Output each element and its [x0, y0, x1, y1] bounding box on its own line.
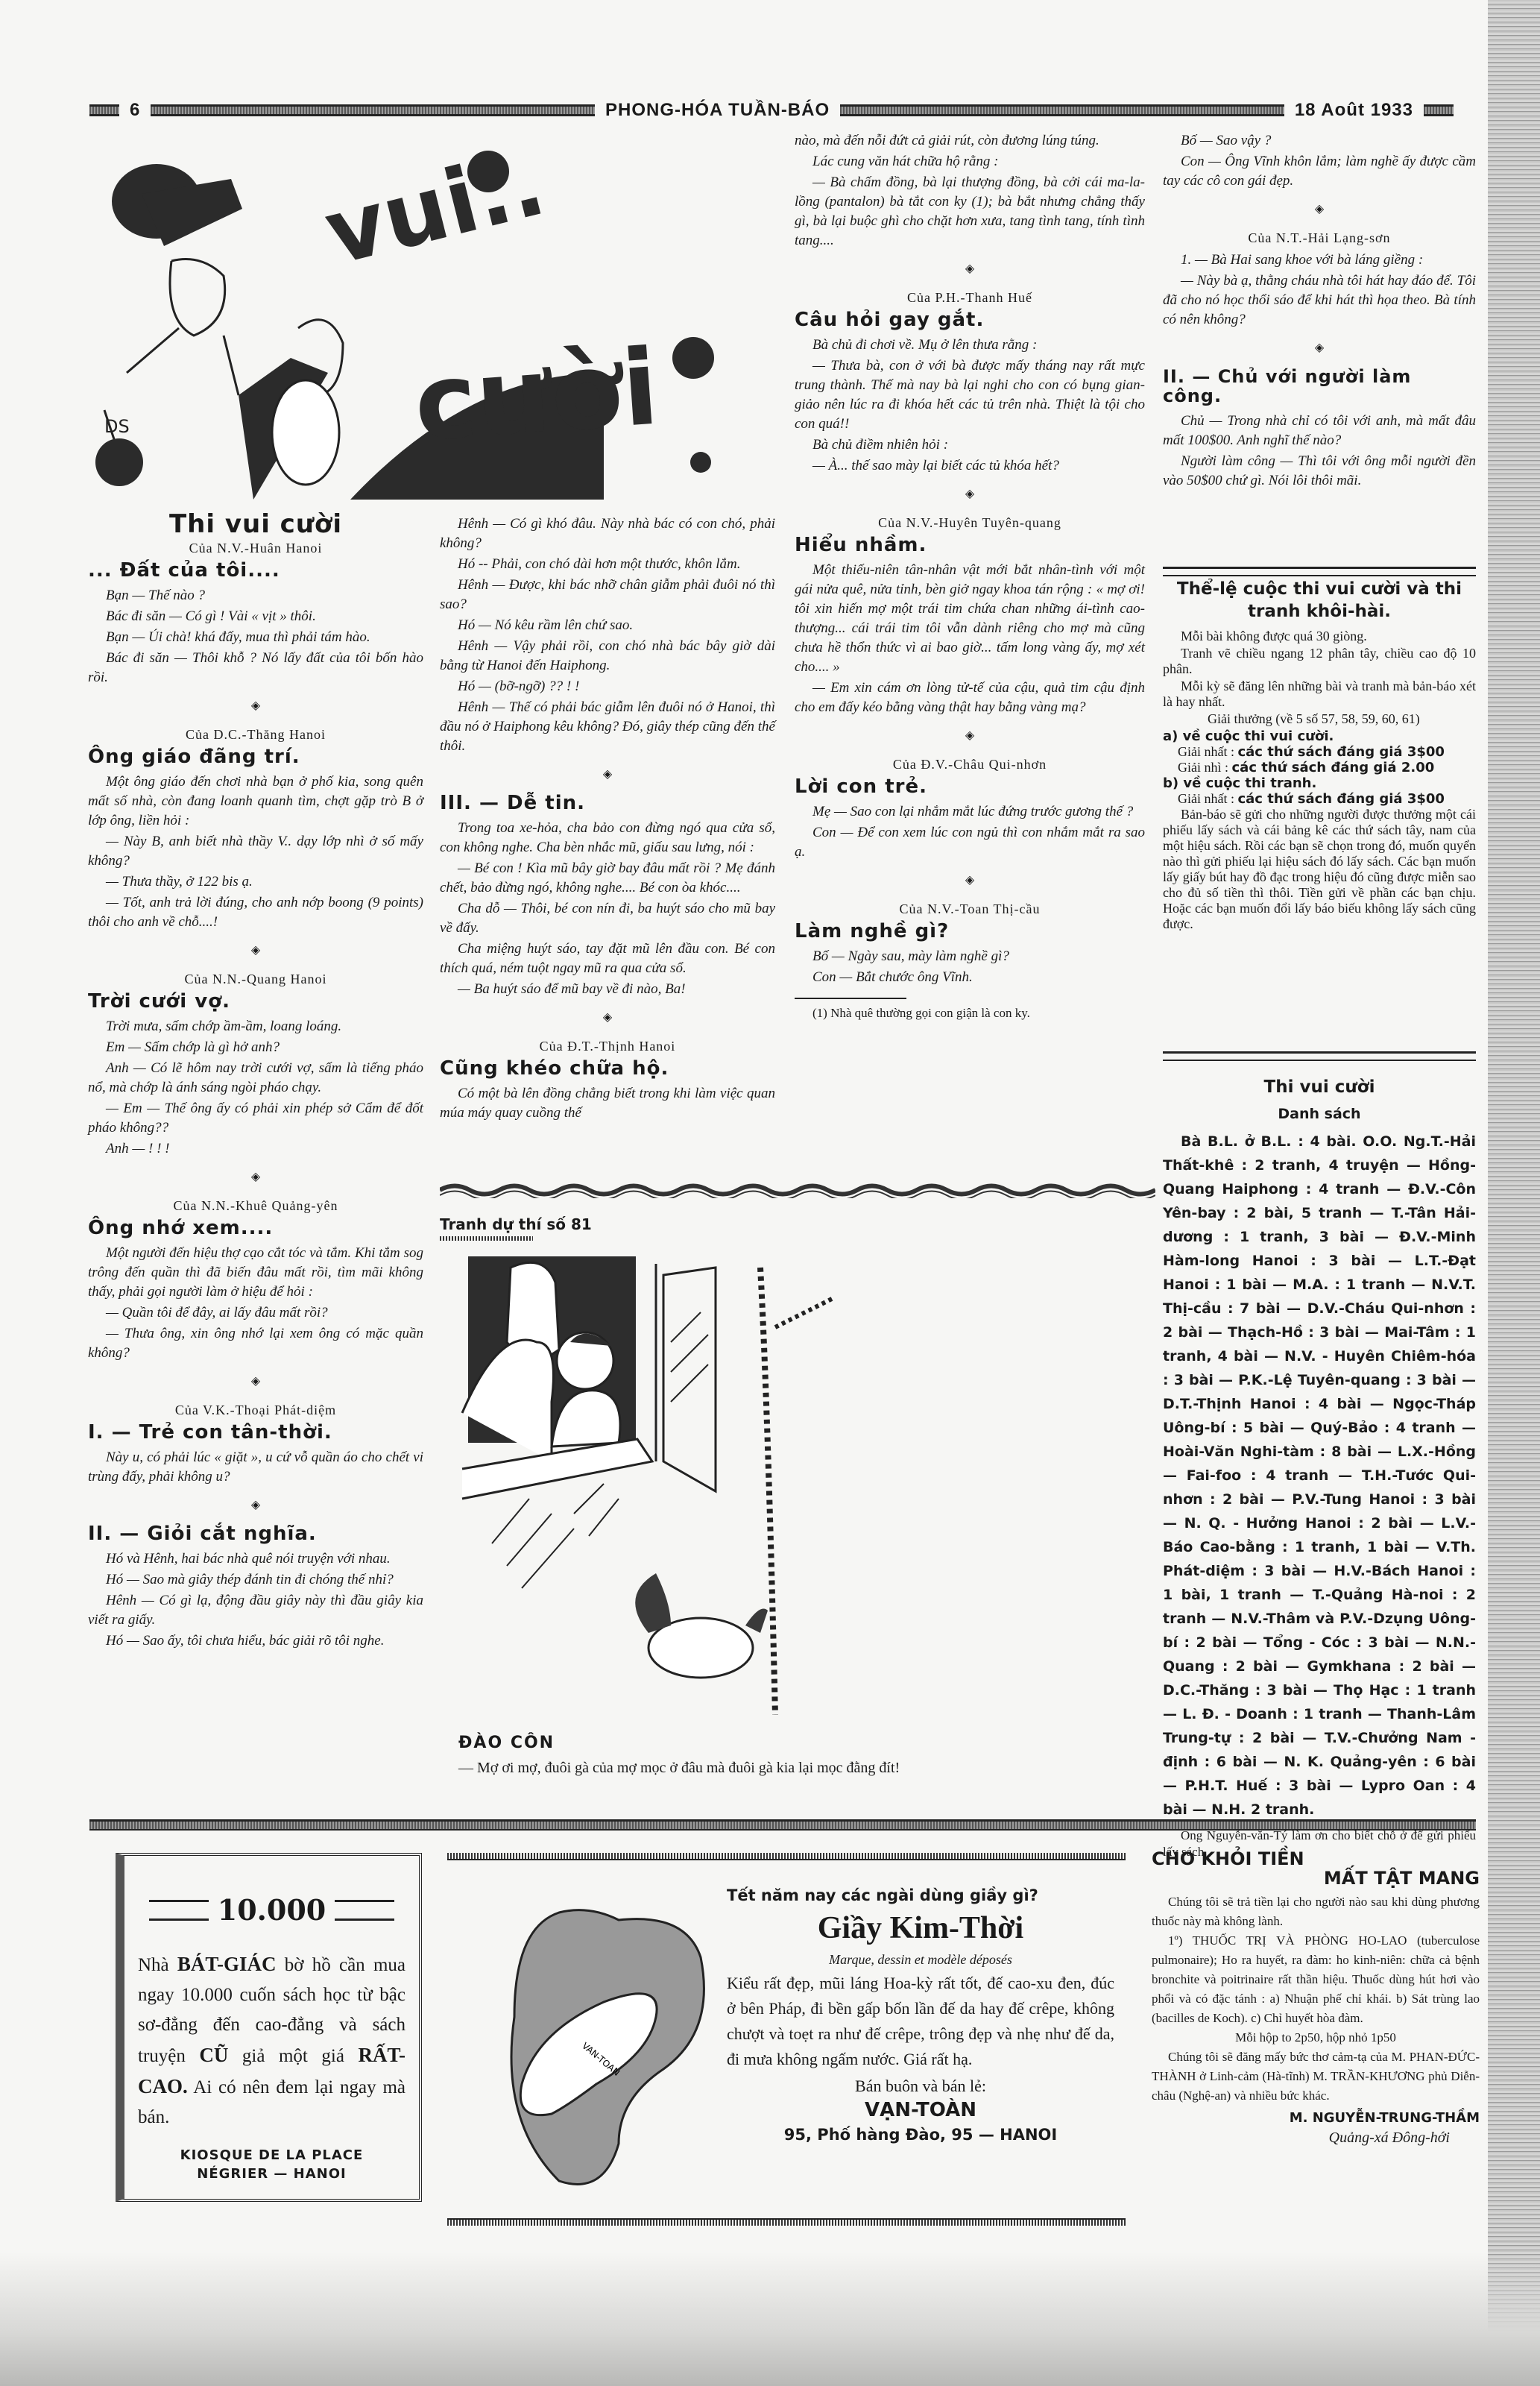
paragraph: Anh — ! ! !: [88, 1139, 423, 1159]
vui-cuoi-banner: DS vui.. cười: [82, 149, 790, 514]
paragraph: Bác đi săn — Thôi khỗ ? Nó lấy đất của t…: [88, 649, 423, 687]
byline: Của N.V.-Toan Thị-cầu: [795, 899, 1145, 919]
ad-body: Kiểu rất đẹp, mũi láng Hoa-kỳ rất tốt, đ…: [727, 1971, 1114, 2072]
paragraph: Cha dỗ — Thôi, bé con nín đi, ba huýt sá…: [440, 899, 775, 938]
title-underline: [440, 1236, 533, 1241]
page-header: 6 PHONG-HÓA TUẦN-BÁO 18 Août 1933: [89, 95, 1454, 125]
prize-a-title: a) về cuộc thi vui cười.: [1163, 728, 1476, 744]
submissions-list: Thi vui cười Danh sách Bà B.L. ở B.L. : …: [1163, 1077, 1476, 1862]
paragraph: — Quần tôi để đây, ai lấy đâu mất rồi?: [88, 1303, 423, 1323]
article-title: Ông nhớ xem....: [88, 1218, 423, 1238]
article-title: Trời cưới vợ.: [88, 992, 423, 1011]
ornament-divider: ◈: [440, 1008, 775, 1027]
paragraph: — Thưa bà, con ở với bà được mấy tháng n…: [795, 356, 1145, 434]
article-title: Lời con trẻ.: [795, 777, 1145, 796]
byline: Của N.N.-Quang Hanoi: [88, 969, 423, 989]
ad-intro: Chúng tôi sẽ trả tiền lại cho người nào …: [1152, 1892, 1480, 1931]
paragraph: Con — Bắt chước ông Vĩnh.: [795, 968, 1145, 987]
ad-footer-line1: KIOSQUE DE LA PLACE: [124, 2147, 419, 2163]
paragraph: — Thưa thầy, ở 122 bis ạ.: [88, 872, 423, 892]
column-divider-rule: [1163, 1051, 1476, 1061]
byline: Của Đ.T.-Thịnh Hanoi: [440, 1036, 775, 1056]
header-rule: [89, 104, 119, 116]
paragraph: Em — Sấm chớp là gì hở anh?: [88, 1038, 423, 1057]
ornament-divider: ◈: [1163, 339, 1476, 358]
paragraph: Hó -- Phải, con chó dài hơn một thước, k…: [440, 555, 775, 574]
byline: Của N.V.-Huyên Tuyên-quang: [795, 513, 1145, 532]
page-number: 6: [130, 100, 140, 121]
ornament-divider: ◈: [88, 941, 423, 960]
list-subtitle: Danh sách: [1163, 1104, 1476, 1124]
paragraph: Hênh — Có gì khó đâu. Này nhà bác có con…: [440, 514, 775, 553]
paragraph: Một thiếu-niên tân-nhân vật mới bắt nhân…: [795, 561, 1145, 677]
headline-rule: [335, 1900, 394, 1921]
prize-label: Giải nhất :: [1178, 744, 1234, 759]
svg-text:DS: DS: [104, 416, 130, 437]
article-title: Hiểu nhầm.: [795, 535, 1145, 555]
paragraph: — Này bà ạ, thằng cháu nhà tôi hát hay đ…: [1163, 271, 1476, 330]
prize-label: Giải nhì :: [1178, 760, 1228, 775]
paragraph: Bà chủ đi chơi về. Mụ ở lên thưa rằng :: [795, 336, 1145, 355]
shoes-ad-text: Tết năm nay các ngài dùng giầy gì? Giầy …: [727, 1886, 1114, 2144]
ad-question: Tết năm nay các ngài dùng giầy gì?: [727, 1886, 1114, 1904]
column-divider-rule: [1163, 567, 1476, 576]
prize-value: các thứ sách đáng giá 3$00: [1237, 744, 1444, 760]
ornament-divider: ◈: [88, 1496, 423, 1515]
ornament-divider: ◈: [440, 765, 775, 784]
column-4: Bố — Sao vậy ? Con — Ông Vĩnh khôn lắm; …: [1163, 131, 1476, 492]
article-title: III. — Dễ tin.: [440, 793, 775, 813]
contest-rules: Thể-lệ cuộc thi vui cười và thi tranh kh…: [1163, 578, 1476, 934]
cartoon-illustration: .: [447, 1253, 1155, 1715]
paragraph: Bà chủ điềm nhiên hỏi :: [795, 435, 1145, 455]
paragraph: Bố — Sao vậy ?: [1163, 131, 1476, 151]
ad-title-line1: CHO KHỎI TIỀN: [1152, 1849, 1480, 1869]
article-title: II. — Chủ với người làm công.: [1163, 367, 1476, 406]
ad-signer: M. NGUYỄN-TRUNG-THẦM: [1152, 2109, 1480, 2128]
article: II. — Giỏi cắt nghĩa. Hó và Hênh, hai bá…: [88, 1524, 423, 1651]
column-1: Thi vui cười Của N.V.-Huân Hanoi ... Đất…: [88, 514, 423, 1652]
shoe-sole-icon: VAN-TOAN: [470, 1898, 716, 2188]
rule-line: Tranh vẽ chiều ngang 12 phân tây, chiều …: [1163, 646, 1476, 677]
article-title: Ông giáo đãng trí.: [88, 747, 423, 767]
text-run: Nhà: [138, 1955, 177, 1975]
article: Của N.N.-Quang Hanoi Trời cưới vợ. Trời …: [88, 969, 423, 1159]
cartoon-caption: — Mợ ơi mợ, đuôi gà của mợ mọc ở đâu mà …: [458, 1760, 1159, 1777]
paragraph: — À... thế sao mày lại biết các tủ khóa …: [795, 456, 1145, 476]
column-2: Hênh — Có gì khó đâu. Này nhà bác có con…: [440, 514, 775, 1124]
headline-rule: [149, 1900, 209, 1921]
header-rule: [151, 104, 595, 116]
ad-seller: VẠN-TOÀN: [727, 2099, 1114, 2121]
ornament-divider: ◈: [88, 696, 423, 716]
article-title: Cũng khéo chữa hộ.: [440, 1059, 775, 1078]
article: Của N.N.-Khuê Quảng-yên Ông nhớ xem.... …: [88, 1196, 423, 1363]
article-title: I. — Trẻ con tân-thời.: [88, 1423, 423, 1442]
article: Của N.V.-Huân Hanoi ... Đất của tôi.... …: [88, 538, 423, 687]
prize-b-title: b) về cuộc thi tranh.: [1163, 775, 1476, 791]
footnote: (1) Nhà quê thường gọi con giận là con k…: [795, 1004, 1145, 1023]
ad-bottom-rule: [447, 2218, 1126, 2226]
paragraph: — Bé con ! Kìa mũ bây giờ bay đâu mất rồ…: [440, 859, 775, 898]
prize-value: các thứ sách đáng giá 2.00: [1232, 760, 1435, 775]
cartoon-title: Tranh dự thí số 81: [440, 1215, 592, 1233]
ad-body: Nhà BÁT-GIÁC bờ hồ cần mua ngay 10.000 c…: [138, 1949, 405, 2132]
scan-shadow-bottom: [0, 2252, 1540, 2386]
paragraph: Bạn — Thế nào ?: [88, 586, 423, 605]
book-buyer-ad: 10.000 Nhà BÁT-GIÁC bờ hồ cần mua ngay 1…: [116, 1853, 422, 2202]
ad-headline: 10.000: [218, 1893, 326, 1927]
header-rule: [1424, 104, 1454, 116]
paragraph: Con — Ông Vĩnh khôn lắm; làm nghề ấy đượ…: [1163, 152, 1476, 191]
wavy-divider: [440, 1182, 1155, 1198]
section-title: Thi vui cười: [88, 514, 423, 534]
rules-title: Thể-lệ cuộc thi vui cười và thi tranh kh…: [1163, 578, 1476, 623]
man-with-shoes-illustration: DS vui.. cười: [82, 149, 790, 514]
paragraph: Hó — (bỡ-ngỡ) ?? ! !: [440, 677, 775, 696]
svg-text:cười: cười: [411, 327, 662, 465]
paragraph: Trời mưa, sấm chớp ầm-ầm, loang loáng.: [88, 1017, 423, 1036]
prize-header: Giải thưởng (về 5 số 57, 58, 59, 60, 61): [1163, 711, 1476, 727]
paragraph: Con — Để con xem lúc con ngủ thì con nhắ…: [795, 823, 1145, 862]
scan-shadow-edge: [1488, 0, 1540, 2386]
footnote-rule: [795, 998, 906, 999]
byline: Của V.K.-Thoại Phát-diệm: [88, 1400, 423, 1420]
article-title: ... Đất của tôi....: [88, 561, 423, 580]
ornament-divider: ◈: [795, 259, 1145, 279]
issue-date: 18 Août 1933: [1295, 100, 1413, 121]
paragraph: — Thưa ông, xin ông nhớ lại xem ông có m…: [88, 1324, 423, 1363]
byline: Của N.V.-Huân Hanoi: [88, 538, 423, 558]
article-title: II. — Giỏi cắt nghĩa.: [88, 1524, 423, 1543]
mother-child-rooster-drawing: .: [447, 1253, 1155, 1715]
header-rule: [840, 104, 1284, 116]
ornament-divider: ◈: [795, 726, 1145, 746]
ad-title-line2: MẤT TẬT MANG: [1152, 1869, 1480, 1888]
ads-divider-rule: [89, 1819, 1476, 1831]
paragraph: Một người đến hiệu thợ cạo cắt tóc và tắ…: [88, 1244, 423, 1302]
text-run: giả một giá: [228, 2046, 358, 2066]
ad-headline-row: 10.000: [124, 1893, 419, 1927]
list-text: Bà B.L. ở B.L. : 4 bài. O.O. Ng.T.-Hải T…: [1163, 1130, 1476, 1822]
paragraph: Hênh — Có gì lạ, động đầu giây này thì đ…: [88, 1591, 423, 1630]
paragraph: Mẹ — Sao con lại nhắm mắt lúc đứng trước…: [795, 802, 1145, 822]
paragraph: Hênh — Được, khi bác nhỡ chân giẫm phải …: [440, 576, 775, 614]
paragraph: Này u, có phải lúc « giặt », u cứ vỗ quầ…: [88, 1448, 423, 1487]
paragraph: — Em — Thế ông ấy có phải xin phép sở Cẩ…: [88, 1099, 423, 1138]
paragraph: — Tốt, anh trả lời đúng, cho anh nớp boo…: [88, 893, 423, 932]
paragraph: Hênh — Thế có phải bác giẫm lên đuôi nó …: [440, 698, 775, 756]
ad-address: 95, Phố hàng Đào, 95 — HANOI: [727, 2126, 1114, 2144]
paragraph: Lác cung văn hát chữa hộ rằng :: [795, 152, 1145, 171]
paragraph: — Này B, anh biết nhà thầy V.. dạy lớp n…: [88, 832, 423, 871]
ad-brand: Giầy Kim-Thời: [727, 1910, 1114, 1946]
paragraph: — Bà chấm đồng, bà lại thượng đồng, bà c…: [795, 173, 1145, 251]
prize-b-first: Giải nhất : các thứ sách đáng giá 3$00: [1163, 791, 1476, 807]
emphasis: CŨ: [199, 2044, 228, 2066]
paragraph: Có một bà lên đồng chẳng biết trong khi …: [440, 1084, 775, 1123]
paragraph: Hó và Hênh, hai bác nhà quê nói truyện v…: [88, 1549, 423, 1569]
prize-a-first: Giải nhất : các thứ sách đáng giá 3$00: [1163, 744, 1476, 760]
byline: Của Đ.V.-Châu Qui-nhơn: [795, 755, 1145, 774]
rule-line: Mỗi kỳ sẽ đăng lên những bài và tranh mà…: [1163, 679, 1476, 710]
ad-footer-line2: NÉGRIER — HANOI: [124, 2166, 419, 2182]
paragraph: Chủ — Trong nhà chỉ có tôi với anh, mà m…: [1163, 412, 1476, 450]
paragraph: — Ba huýt sáo để mũ bay về đi nào, Ba!: [440, 980, 775, 999]
ornament-divider: ◈: [795, 485, 1145, 504]
prize-value: các thứ sách đáng giá 3$00: [1237, 791, 1444, 807]
column-3: nào, mà đến nỗi đứt cả giải rút, còn đươ…: [795, 131, 1145, 1024]
medicine-ad: CHO KHỎI TIỀN MẤT TẬT MANG Chúng tôi sẽ …: [1152, 1849, 1480, 2147]
ornament-divider: ◈: [88, 1168, 423, 1187]
paragraph: Hó — Nó kêu rầm lên chứ sao.: [440, 616, 775, 635]
paragraph: Bác đi săn — Có gì ! Vài « vịt » thôi.: [88, 607, 423, 626]
list-title: Thi vui cười: [1163, 1077, 1476, 1097]
paragraph: Bố — Ngày sau, mày làm nghề gì?: [795, 947, 1145, 966]
rules-note: Bản-báo sẽ gửi cho những người được thưở…: [1163, 807, 1476, 932]
prize-a-second: Giải nhì : các thứ sách đáng giá 2.00: [1163, 760, 1476, 775]
article: Của V.K.-Thoại Phát-diệm I. — Trẻ con tâ…: [88, 1400, 423, 1487]
paragraph: Trong toa xe-hỏa, cha bảo con đừng ngó q…: [440, 819, 775, 857]
publication-name: PHONG-HÓA TUẦN-BÁO: [605, 100, 830, 121]
paragraph: nào, mà đến nỗi đứt cả giải rút, còn đươ…: [795, 131, 1145, 151]
paragraph: Người làm công — Thì tôi với ông mỗi ngư…: [1163, 452, 1476, 491]
ad-location: Quảng-xá Đông-hới: [1152, 2128, 1480, 2147]
paragraph: 1. — Bà Hai sang khoe với bà láng giềng …: [1163, 251, 1476, 270]
ad-body: 1º) THUỐC TRỊ VÀ PHÒNG HO-LAO (tuberculo…: [1152, 1931, 1480, 2028]
article: Của D.C.-Thăng Hanoi Ông giáo đãng trí. …: [88, 725, 423, 932]
ad-testimonials: Chúng tôi sẽ đăng mấy bức thơ cảm-tạ của…: [1152, 2047, 1480, 2106]
ornament-divider: ◈: [1163, 200, 1476, 219]
rule-line: Mỗi bài không được quá 30 giòng.: [1163, 629, 1476, 644]
paragraph: Hó — Sao ấy, tôi chưa hiểu, bác giải rõ …: [88, 1631, 423, 1651]
shop-name: BÁT-GIÁC: [177, 1953, 277, 1975]
paragraph: — Em xin cám ơn lòng tử-tế của cậu, quả …: [795, 679, 1145, 717]
ad-tagline: Marque, dessin et modèle déposés: [727, 1952, 1114, 1968]
paragraph: Bạn — Úi chà! khá đấy, mua thì phải tám …: [88, 628, 423, 647]
ornament-divider: ◈: [88, 1372, 423, 1391]
article-title: Làm nghề gì?: [795, 922, 1145, 941]
ad-top-rule: [447, 1853, 1126, 1860]
paragraph: Hó — Sao mà giây thép đánh tin đi chóng …: [88, 1570, 423, 1590]
byline: Của N.T.-Hải Lạng-sơn: [1163, 228, 1476, 248]
paragraph: Anh — Có lẽ hôm nay trời cưới vợ, sấm là…: [88, 1059, 423, 1098]
ad-sale-line: Bán buôn và bán lẻ:: [727, 2077, 1114, 2096]
paragraph: Hênh — Vậy phải rồi, con chó nhà bác bây…: [440, 637, 775, 676]
prize-label: Giải nhất :: [1178, 791, 1234, 806]
svg-text:vui..: vui..: [315, 149, 555, 286]
byline: Của P.H.-Thanh Huế: [795, 288, 1145, 307]
ad-price: Mỗi hộp to 2p50, hộp nhỏ 1p50: [1152, 2028, 1480, 2047]
paragraph: Một ông giáo đến chơi nhà bạn ở phố kia,…: [88, 772, 423, 831]
cartoon-artist: ĐÀO CÔN: [458, 1734, 555, 1752]
byline: Của N.N.-Khuê Quảng-yên: [88, 1196, 423, 1215]
shoes-ad: VAN-TOAN Tết năm nay các ngài dùng giầy …: [447, 1853, 1126, 2226]
ornament-divider: ◈: [795, 871, 1145, 890]
paragraph: Cha miệng huýt sáo, tay đặt mũ lên đầu c…: [440, 939, 775, 978]
byline: Của D.C.-Thăng Hanoi: [88, 725, 423, 744]
article-title: Câu hỏi gay gắt.: [795, 310, 1145, 330]
